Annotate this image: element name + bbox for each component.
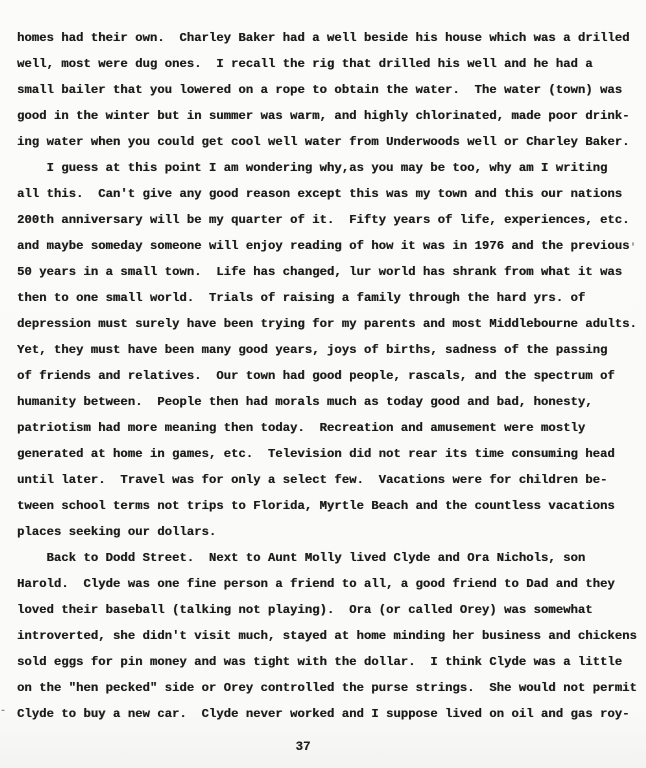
text-line: on the "hen pecked" side or Orey control… <box>17 675 644 701</box>
text-line: until later. Travel was for only a selec… <box>17 467 644 493</box>
text-line: depression must surely have been trying … <box>17 311 644 337</box>
text-line: of friends and relatives. Our town had g… <box>17 363 644 389</box>
text-line: 200th anniversary will be my quarter of … <box>17 207 644 233</box>
text-line: 50 years in a small town. Life has chang… <box>17 259 644 285</box>
text-line: loved their baseball (talking not playin… <box>17 597 644 623</box>
text-line: then to one small world. Trials of raisi… <box>17 285 644 311</box>
text-line: tween school terms not trips to Florida,… <box>17 493 644 519</box>
text-line: all this. Can't give any good reason exc… <box>17 181 644 207</box>
text-line: places seeking our dollars. <box>17 519 644 545</box>
text-line: I guess at this point I am wondering why… <box>17 155 644 181</box>
text-line: introverted, she didn't visit much, stay… <box>17 623 644 649</box>
text-line: Yet, they must have been many good years… <box>17 337 644 363</box>
text-line: Back to Dodd Street. Next to Aunt Molly … <box>17 545 644 571</box>
text-line: sold eggs for pin money and was tight wi… <box>17 649 644 675</box>
text-line: Harold. Clyde was one fine person a frie… <box>17 571 644 597</box>
text-line: Clyde to buy a new car. Clyde never work… <box>17 701 644 727</box>
typewritten-text: homes had their own. Charley Baker had a… <box>17 25 644 727</box>
text-line: well, most were dug ones. I recall the r… <box>17 51 644 77</box>
text-line: and maybe someday someone will enjoy rea… <box>17 233 644 259</box>
text-line: humanity between. People then had morals… <box>17 389 644 415</box>
text-line: patriotism had more meaning then today. … <box>17 415 644 441</box>
text-line: ing water when you could get cool well w… <box>17 129 644 155</box>
page-number: 37 <box>0 740 626 754</box>
scan-artifact-dash: - <box>0 706 6 717</box>
text-line: small bailer that you lowered on a rope … <box>17 77 644 103</box>
document-page: homes had their own. Charley Baker had a… <box>0 0 646 768</box>
text-line: homes had their own. Charley Baker had a… <box>17 25 644 51</box>
text-line: generated at home in games, etc. Televis… <box>17 441 644 467</box>
text-line: good in the winter but in summer was war… <box>17 103 644 129</box>
scan-artifact-speck: ' <box>630 243 636 254</box>
